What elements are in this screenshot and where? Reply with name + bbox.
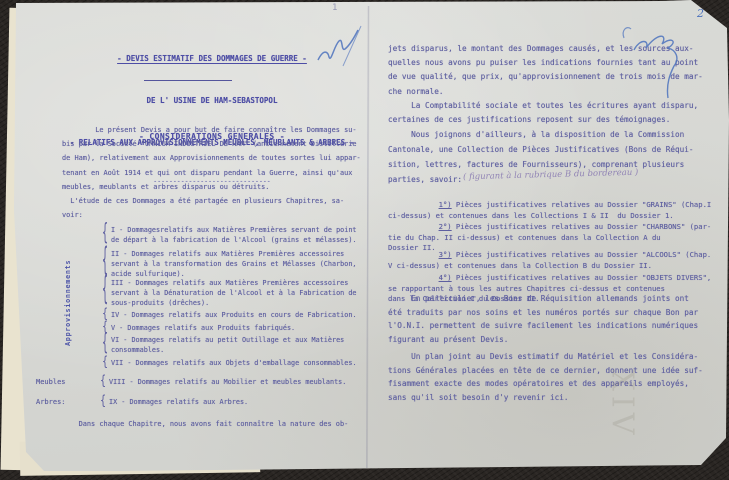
group-label-meubles: Meubles xyxy=(36,378,66,386)
handwritten-paraph-right-icon xyxy=(620,16,712,104)
chapter-item-text: VII - Dommages relatifs aux Objets d'emb… xyxy=(111,358,357,368)
chapter-item-7: { VII - Dommages relatifs aux Objets d'e… xyxy=(102,358,357,368)
chapter-item-text: V - Dommages relatifs aux Produits fabri… xyxy=(111,323,295,333)
page-fold-line xyxy=(366,6,370,468)
document-paper: - DEVIS ESTIMATIF DES DOMMAGES DE GUERRE… xyxy=(0,0,729,480)
item-number: 1°) xyxy=(439,200,452,209)
group-label-arbres: Arbres: xyxy=(36,398,66,406)
chapter-item-2: { II - Dommages relatifs aux Matières Pr… xyxy=(102,249,357,280)
item-number: 3°) xyxy=(439,250,452,259)
chapter-item-5: { V - Dommages relatifs aux Produits fab… xyxy=(102,323,295,333)
page-number-left: 1 xyxy=(332,3,337,13)
header-separator-rule xyxy=(144,80,232,81)
chapter-item-text: II - Dommages relatifs aux Matières Prem… xyxy=(111,249,357,280)
chapter-item-8: { VIII - Dommages relatifs au Mobilier e… xyxy=(100,377,346,387)
chapter-item-4: { IV - Dommages relatifs aux Produits en… xyxy=(102,310,357,320)
chapter-item-text: VIII - Dommages relatifs au Mobilier et … xyxy=(109,377,346,387)
paragraph-closing: Dans chaque Chapitre, nous avons fait co… xyxy=(62,417,348,431)
brace-icon: { xyxy=(102,223,111,246)
paragraph-bons: En particulier, les Bons de Réquisition … xyxy=(388,292,698,346)
chapter-item-1: { I - Dommagesrelatifs aux Matières Prem… xyxy=(102,225,357,245)
chapter-item-text: I - Dommagesrelatifs aux Matières Premiè… xyxy=(111,225,357,245)
brace-icon: { xyxy=(102,333,111,356)
side-label-approvisionnements: Approvisionnements xyxy=(64,250,72,346)
scan-background: - DEVIS ESTIMATIF DES DOMMAGES DE GUERRE… xyxy=(0,0,729,480)
item-number: 4°) xyxy=(439,273,452,282)
paragraph-intro: Le présent Devis a pour but de faire con… xyxy=(62,123,361,194)
handwritten-paraph-left-icon xyxy=(314,24,364,68)
paragraph-etude: L'étude de ces Dommages a été partagée e… xyxy=(62,194,344,222)
brace-icon: { xyxy=(102,277,111,310)
chapter-item-9: { IX - Dommages relatifs aux Arbres. xyxy=(100,397,248,407)
brace-icon: { xyxy=(102,356,111,370)
chapter-item-text: IV - Dommages relatifs aux Produits en c… xyxy=(111,310,357,320)
item-number: 2°) xyxy=(439,222,452,231)
paragraph-plan: Un plan joint au Devis estimatif du Maté… xyxy=(388,350,703,404)
brace-icon: { xyxy=(100,395,109,409)
chapter-item-6: { VI - Dommages relatifs au petit Outill… xyxy=(102,335,344,355)
brace-icon: { xyxy=(100,375,109,389)
chapter-item-text: VI - Dommages relatifs au petit Outillag… xyxy=(111,335,344,355)
paper-watermark: XIV xyxy=(605,370,640,470)
chapter-item-text: IX - Dommages relatifs aux Arbres. xyxy=(109,397,248,407)
chapter-item-text: III - Dommages relatifs aux Matières Pre… xyxy=(111,278,357,309)
chapter-item-3: { III - Dommages relatifs aux Matières P… xyxy=(102,278,357,309)
